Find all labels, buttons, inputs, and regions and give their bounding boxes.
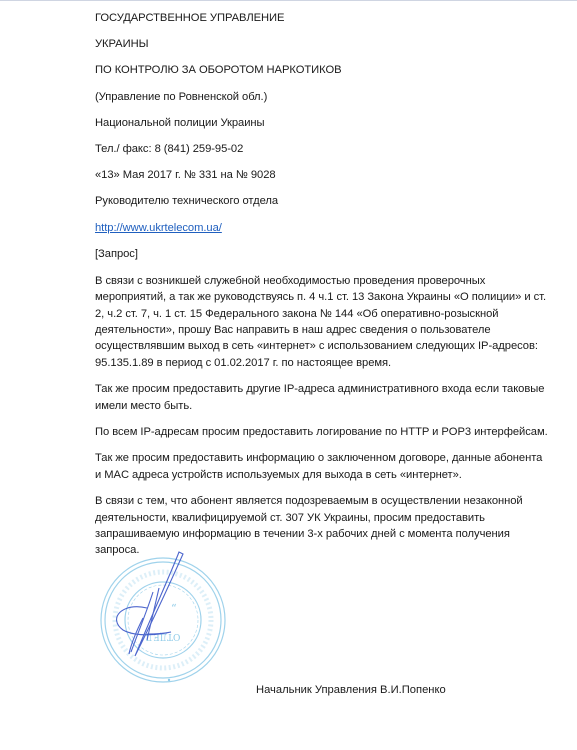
- org-name-line-1: ГОСУДАРСТВЕННОЕ УПРАВЛЕНИЕ: [95, 12, 565, 25]
- addressee: Руководителю технического отдела: [95, 195, 565, 208]
- org-parent: Национальной полиции Украины: [95, 117, 565, 130]
- body-paragraph-2: Так же просим предоставить другие IP-адр…: [95, 381, 565, 414]
- org-name-line-2: УКРАИНЫ: [95, 38, 565, 51]
- text-line: деятельности, квалифицируемой ст. 307 УК…: [95, 510, 565, 526]
- text-line: и MAC адреса устройств используемых для …: [95, 467, 565, 483]
- text-line: В связи с тем, что абонент является подо…: [95, 493, 565, 509]
- text-line: 95.135.1.89 в период с 01.02.2017 г. по …: [95, 355, 565, 371]
- text-line: осуществлявшим выход в сеть «интернет» с…: [95, 338, 565, 354]
- letter-page: ГОСУДАРСТВЕННОЕ УПРАВЛЕНИЕ УКРАИНЫ ПО КО…: [95, 12, 565, 569]
- text-line: В связи с возникшей служебной необходимо…: [95, 273, 565, 289]
- text-line: деятельности», прошу Вас направить в наш…: [95, 322, 565, 338]
- addressee-link[interactable]: http://www.ukrtelecom.ua/: [95, 222, 222, 234]
- official-seal-and-signature: ОТДЕЛ “: [93, 548, 233, 688]
- svg-text:“: “: [171, 602, 177, 615]
- body-paragraph-3: По всем IP-адресам просим предоставить л…: [95, 424, 565, 440]
- page-top-border: [0, 0, 577, 1]
- signatory-name: Начальник Управления В.И.Попенко: [256, 684, 446, 696]
- text-line: Так же просим предоставить информацию о …: [95, 450, 565, 466]
- phone-fax: Тел./ факс: 8 (841) 259-95-02: [95, 143, 565, 156]
- document-subject: [Запрос]: [95, 248, 565, 261]
- stamp-icon: ОТДЕЛ “: [93, 548, 233, 688]
- text-line: мероприятий, а так же руководствуясь п. …: [95, 289, 565, 305]
- text-line: запрашиваемую информацию в течении 3-х р…: [95, 526, 565, 542]
- body-paragraph-4: Так же просим предоставить информацию о …: [95, 450, 565, 483]
- text-line: 2, ч.2 ст. 7, ч. 1 ст. 15 Федерального з…: [95, 306, 565, 322]
- org-department: (Управление по Ровненской обл.): [95, 91, 565, 104]
- org-name-line-3: ПО КОНТРОЛЮ ЗА ОБОРОТОМ НАРКОТИКОВ: [95, 64, 565, 77]
- text-line: имели место быть.: [95, 398, 565, 414]
- date-reference: «13» Мая 2017 г. № 331 на № 9028: [95, 169, 565, 182]
- text-line: По всем IP-адресам просим предоставить л…: [95, 424, 565, 440]
- svg-text:ОТДЕЛ: ОТДЕЛ: [145, 631, 180, 641]
- text-line: Так же просим предоставить другие IP-адр…: [95, 381, 565, 397]
- body-paragraph-1: В связи с возникшей служебной необходимо…: [95, 273, 565, 371]
